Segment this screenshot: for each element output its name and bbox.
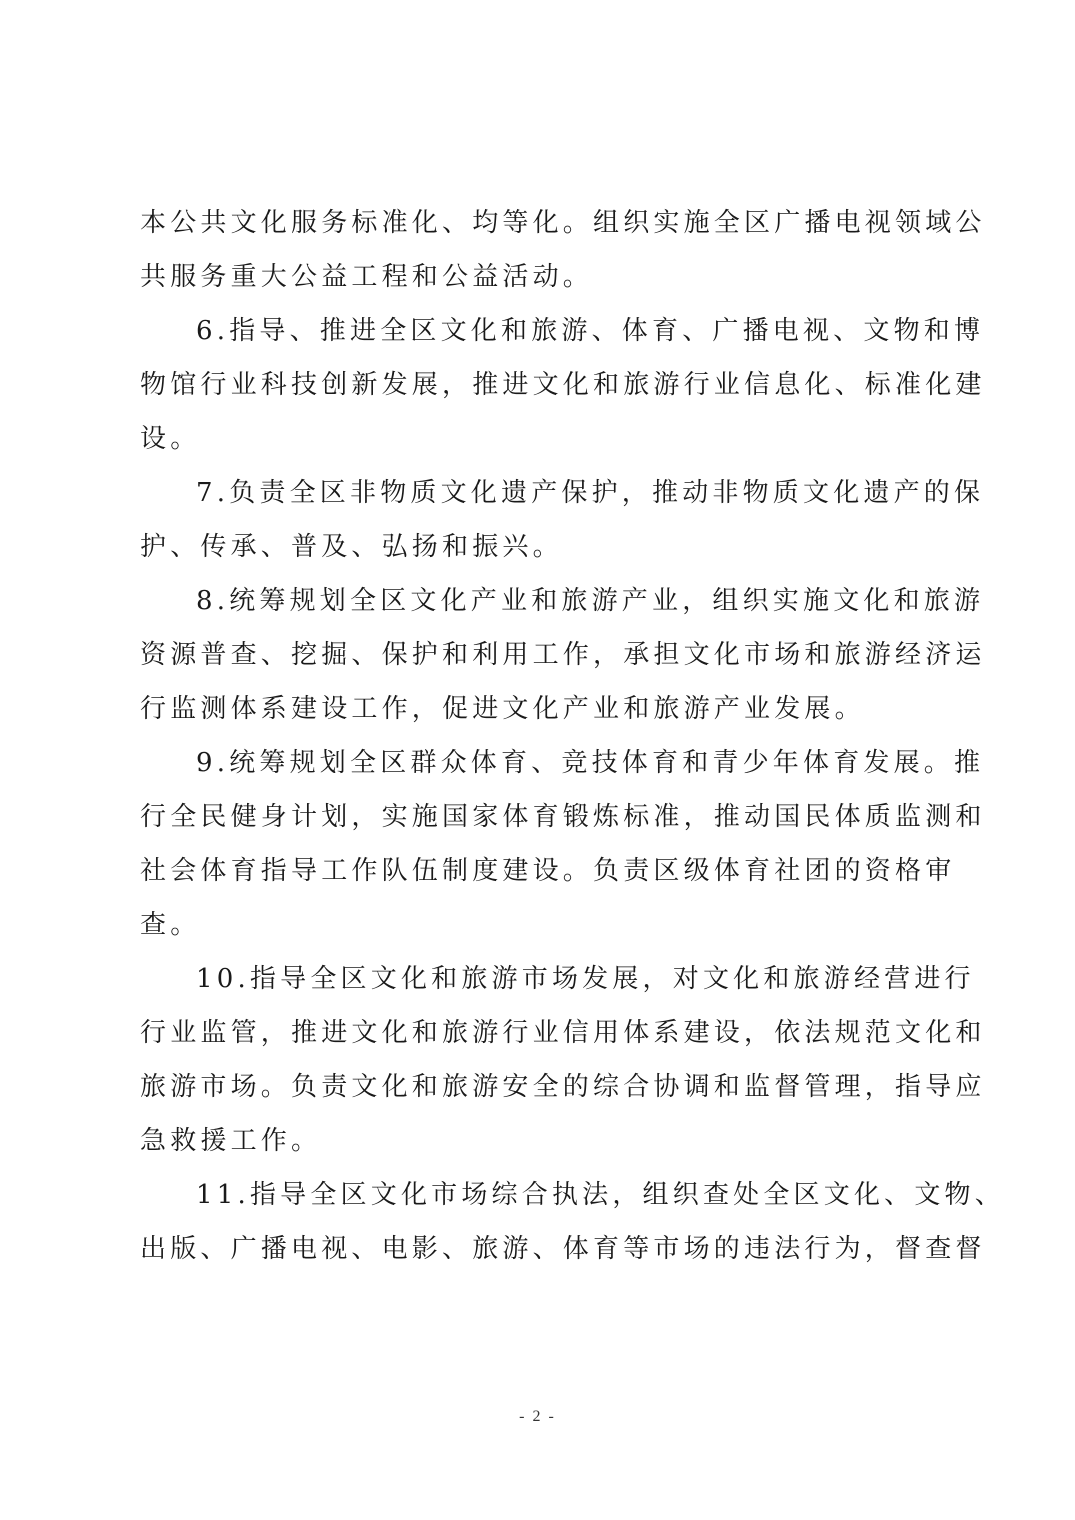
text-line: 行业监管，推进文化和旅游行业信用体系建设，依法规范文化和	[140, 1006, 940, 1060]
body-text: 本公共文化服务标准化、均等化。组织实施全区广播电视领域公 共服务重大公益工程和公…	[140, 196, 940, 1276]
text-line: 6.指导、推进全区文化和旅游、体育、广播电视、文物和博	[140, 304, 940, 358]
text-line: 出版、广播电视、电影、旅游、体育等市场的违法行为，督查督	[140, 1222, 940, 1276]
page-number: - 2 -	[0, 1408, 1075, 1426]
text-line: 9.统筹规划全区群众体育、竞技体育和青少年体育发展。推	[140, 736, 940, 790]
text-line: 护、传承、普及、弘扬和振兴。	[140, 520, 940, 574]
paragraph-item-6: 6.指导、推进全区文化和旅游、体育、广播电视、文物和博 物馆行业科技创新发展，推…	[140, 304, 940, 466]
text-line: 社会体育指导工作队伍制度建设。负责区级体育社团的资格审	[140, 844, 940, 898]
paragraph-item-7: 7.负责全区非物质文化遗产保护，推动非物质文化遗产的保 护、传承、普及、弘扬和振…	[140, 466, 940, 574]
paragraph-item-11: 11.指导全区文化市场综合执法，组织查处全区文化、文物、 出版、广播电视、电影、…	[140, 1168, 940, 1276]
paragraph-item-9: 9.统筹规划全区群众体育、竞技体育和青少年体育发展。推 行全民健身计划，实施国家…	[140, 736, 940, 952]
text-line: 物馆行业科技创新发展，推进文化和旅游行业信息化、标准化建	[140, 358, 940, 412]
paragraph-item-10: 10.指导全区文化和旅游市场发展，对文化和旅游经营进行 行业监管，推进文化和旅游…	[140, 952, 940, 1168]
text-line: 7.负责全区非物质文化遗产保护，推动非物质文化遗产的保	[140, 466, 940, 520]
text-line: 急救援工作。	[140, 1114, 940, 1168]
paragraph-5-continuation: 本公共文化服务标准化、均等化。组织实施全区广播电视领域公 共服务重大公益工程和公…	[140, 196, 940, 304]
text-line: 共服务重大公益工程和公益活动。	[140, 250, 940, 304]
document-page: 本公共文化服务标准化、均等化。组织实施全区广播电视领域公 共服务重大公益工程和公…	[0, 0, 1075, 1520]
text-line: 设。	[140, 412, 940, 466]
text-line: 10.指导全区文化和旅游市场发展，对文化和旅游经营进行	[140, 952, 940, 1006]
text-line: 旅游市场。负责文化和旅游安全的综合协调和监督管理，指导应	[140, 1060, 940, 1114]
text-line: 本公共文化服务标准化、均等化。组织实施全区广播电视领域公	[140, 196, 940, 250]
text-line: 查。	[140, 898, 940, 952]
text-line: 行监测体系建设工作，促进文化产业和旅游产业发展。	[140, 682, 940, 736]
text-line: 11.指导全区文化市场综合执法，组织查处全区文化、文物、	[140, 1168, 940, 1222]
text-line: 8.统筹规划全区文化产业和旅游产业，组织实施文化和旅游	[140, 574, 940, 628]
text-line: 资源普查、挖掘、保护和利用工作，承担文化市场和旅游经济运	[140, 628, 940, 682]
paragraph-item-8: 8.统筹规划全区文化产业和旅游产业，组织实施文化和旅游 资源普查、挖掘、保护和利…	[140, 574, 940, 736]
text-line: 行全民健身计划，实施国家体育锻炼标准，推动国民体质监测和	[140, 790, 940, 844]
